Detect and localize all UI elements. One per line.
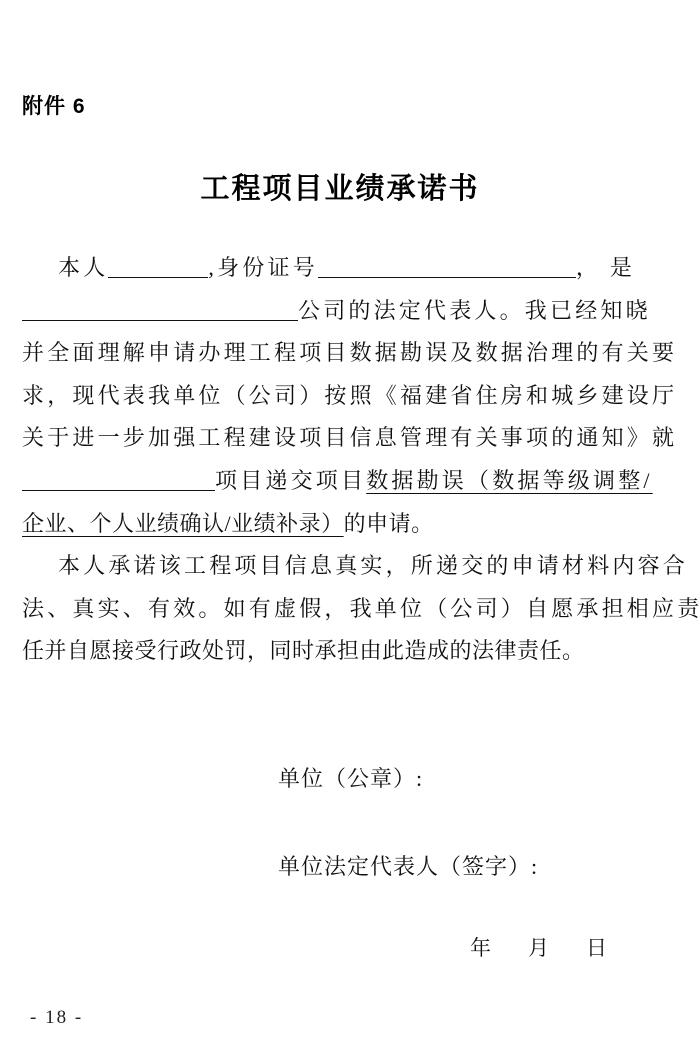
document-page: 附件 6 工程项目业绩承诺书 本人,身份证号， 是 公司的法定代表人。我已经知晓… — [0, 0, 700, 1037]
page-number: - 18 - — [30, 1007, 83, 1029]
para1-line7: 企业、个人业绩确认/业绩补录）的申请。 — [22, 503, 682, 546]
line5-text: 关于进一步加强工程建设项目信息管理有关事项的通知》就 — [22, 425, 677, 450]
para2-line2-text: 法、真实、有效。如有虚假，我单位（公司）自愿承担相应责 — [22, 596, 700, 621]
person-name-blank — [108, 273, 208, 278]
para2-line3: 任并自愿接受行政处罚，同时承担由此造成的法律责任。 — [22, 630, 682, 673]
para1-line5: 关于进一步加强工程建设项目信息管理有关事项的通知》就 — [22, 417, 682, 460]
line4-text: 求，现代表我单位（公司）按照《福建省住房和城乡建设厅 — [22, 383, 677, 408]
project-name-blank — [22, 486, 215, 491]
para1-line6: 项目递交项目数据勘误（数据等级调整/ — [22, 460, 682, 503]
para1-line1: 本人,身份证号， 是 — [22, 247, 682, 290]
date-month-label: 月 — [528, 932, 549, 962]
legal-representative-label: 单位法定代表人（签字）: — [278, 850, 538, 881]
attachment-label: 附件 6 — [22, 90, 86, 120]
id-number-blank — [318, 273, 576, 278]
para1-line3: 并全面理解申请办理工程项目数据勘误及数据治理的有关要 — [22, 332, 682, 375]
para1-line2: 公司的法定代表人。我已经知晓 — [22, 290, 682, 333]
company-name-blank — [22, 316, 298, 321]
line3-text: 并全面理解申请办理工程项目数据勘误及数据治理的有关要 — [22, 340, 677, 365]
line7-underlined-text: 企业、个人业绩确认/业绩补录） — [22, 511, 344, 536]
para2-line1-text: 本人承诺该工程项目信息真实，所递交的申请材料内容合 — [58, 553, 688, 578]
id-prefix-text: ,身份证号 — [208, 255, 318, 280]
document-body: 本人,身份证号， 是 公司的法定代表人。我已经知晓 并全面理解申请办理工程项目数… — [22, 247, 682, 673]
para2-line2: 法、真实、有效。如有虚假，我单位（公司）自愿承担相应责 — [22, 588, 682, 631]
para2-line1: 本人承诺该工程项目信息真实，所递交的申请材料内容合 — [22, 545, 682, 588]
line6-underlined-text: 数据勘误（数据等级调整/ — [366, 468, 653, 493]
line1-suffix-text: ， 是 — [576, 255, 635, 280]
para2-line3-text: 任并自愿接受行政处罚，同时承担由此造成的法律责任。 — [22, 638, 585, 663]
para1-line4: 求，现代表我单位（公司）按照《福建省住房和城乡建设厅 — [22, 375, 682, 418]
name-prefix-text: 本人 — [58, 255, 108, 280]
line2-text: 公司的法定代表人。我已经知晓 — [298, 298, 651, 323]
line7-suffix-text: 的申请。 — [344, 511, 434, 536]
date-line: 年 月 日 — [470, 932, 607, 962]
line6-text: 项目递交项目 — [215, 468, 366, 493]
document-title: 工程项目业绩承诺书 — [0, 166, 680, 207]
unit-seal-label: 单位（公章）: — [278, 762, 423, 793]
date-day-label: 日 — [586, 932, 607, 962]
date-year-label: 年 — [470, 932, 491, 962]
